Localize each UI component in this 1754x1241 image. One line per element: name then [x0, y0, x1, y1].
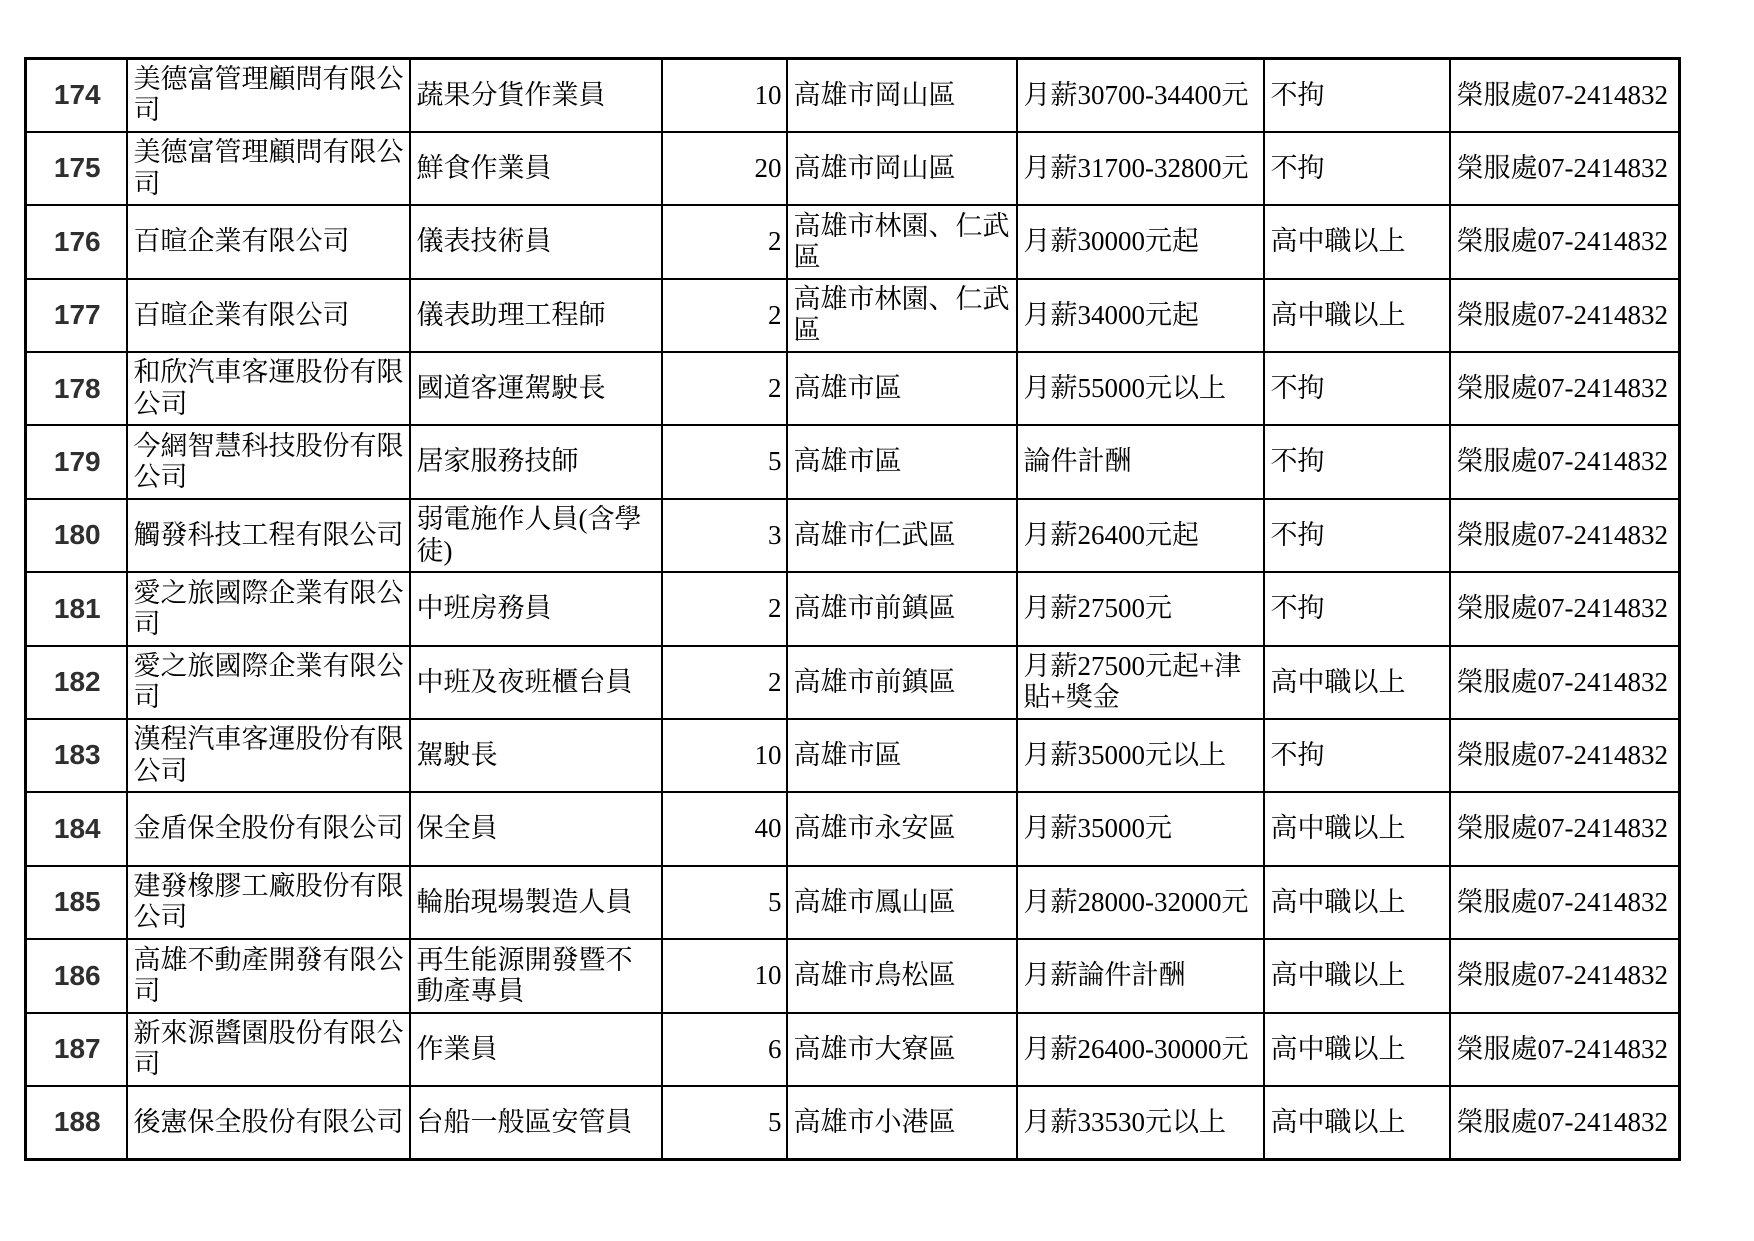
education-cell: 高中職以上: [1264, 1086, 1450, 1159]
salary-cell: 月薪論件計酬: [1017, 939, 1264, 1012]
salary-cell: 月薪26400-30000元: [1017, 1013, 1264, 1086]
company-cell: 觸發科技工程有限公司: [127, 499, 410, 572]
location-cell: 高雄市區: [787, 719, 1017, 792]
education-cell: 高中職以上: [1264, 279, 1450, 352]
contact-cell: 榮服處07-2414832: [1450, 792, 1680, 865]
row-number-cell: 174: [26, 59, 127, 132]
table-row: 181 愛之旅國際企業有限公司 中班房務員 2 高雄市前鎮區 月薪27500元 …: [26, 572, 1680, 645]
row-number-cell: 178: [26, 352, 127, 425]
company-cell: 百暄企業有限公司: [127, 205, 410, 278]
education-cell: 不拘: [1264, 352, 1450, 425]
education-cell: 高中職以上: [1264, 646, 1450, 719]
row-number-cell: 179: [26, 425, 127, 498]
openings-cell: 20: [662, 132, 787, 205]
openings-cell: 10: [662, 59, 787, 132]
company-cell: 金盾保全股份有限公司: [127, 792, 410, 865]
openings-cell: 10: [662, 719, 787, 792]
salary-cell: 月薪27500元: [1017, 572, 1264, 645]
contact-cell: 榮服處07-2414832: [1450, 279, 1680, 352]
salary-cell: 月薪31700-32800元: [1017, 132, 1264, 205]
location-cell: 高雄市岡山區: [787, 132, 1017, 205]
table-row: 180 觸發科技工程有限公司 弱電施作人員(含學徒) 3 高雄市仁武區 月薪26…: [26, 499, 1680, 572]
document-page: 174 美德富管理顧問有限公司 蔬果分貨作業員 10 高雄市岡山區 月薪3070…: [0, 0, 1754, 1241]
location-cell: 高雄市前鎮區: [787, 572, 1017, 645]
education-cell: 高中職以上: [1264, 1013, 1450, 1086]
job-title-cell: 台船一般區安管員: [410, 1086, 662, 1159]
salary-cell: 月薪30000元起: [1017, 205, 1264, 278]
table-row: 178 和欣汽車客運股份有限公司 國道客運駕駛長 2 高雄市區 月薪55000元…: [26, 352, 1680, 425]
location-cell: 高雄市林園、仁武區: [787, 279, 1017, 352]
job-title-cell: 中班房務員: [410, 572, 662, 645]
location-cell: 高雄市林園、仁武區: [787, 205, 1017, 278]
row-number-cell: 181: [26, 572, 127, 645]
company-cell: 建發橡膠工廠股份有限公司: [127, 866, 410, 939]
company-cell: 美德富管理顧問有限公司: [127, 59, 410, 132]
education-cell: 高中職以上: [1264, 792, 1450, 865]
job-title-cell: 作業員: [410, 1013, 662, 1086]
education-cell: 不拘: [1264, 499, 1450, 572]
job-title-cell: 保全員: [410, 792, 662, 865]
company-cell: 愛之旅國際企業有限公司: [127, 572, 410, 645]
location-cell: 高雄市岡山區: [787, 59, 1017, 132]
row-number-cell: 176: [26, 205, 127, 278]
job-title-cell: 輪胎現場製造人員: [410, 866, 662, 939]
education-cell: 不拘: [1264, 719, 1450, 792]
location-cell: 高雄市大寮區: [787, 1013, 1017, 1086]
job-title-cell: 儀表技術員: [410, 205, 662, 278]
salary-cell: 月薪35000元以上: [1017, 719, 1264, 792]
salary-cell: 月薪27500元起+津貼+獎金: [1017, 646, 1264, 719]
job-title-cell: 蔬果分貨作業員: [410, 59, 662, 132]
table-row: 184 金盾保全股份有限公司 保全員 40 高雄市永安區 月薪35000元 高中…: [26, 792, 1680, 865]
openings-cell: 2: [662, 352, 787, 425]
openings-cell: 6: [662, 1013, 787, 1086]
openings-cell: 5: [662, 866, 787, 939]
row-number-cell: 175: [26, 132, 127, 205]
contact-cell: 榮服處07-2414832: [1450, 499, 1680, 572]
job-title-cell: 弱電施作人員(含學徒): [410, 499, 662, 572]
contact-cell: 榮服處07-2414832: [1450, 646, 1680, 719]
salary-cell: 月薪55000元以上: [1017, 352, 1264, 425]
location-cell: 高雄市前鎮區: [787, 646, 1017, 719]
company-cell: 漢程汽車客運股份有限公司: [127, 719, 410, 792]
openings-cell: 2: [662, 572, 787, 645]
salary-cell: 月薪35000元: [1017, 792, 1264, 865]
openings-cell: 2: [662, 279, 787, 352]
job-title-cell: 儀表助理工程師: [410, 279, 662, 352]
education-cell: 不拘: [1264, 59, 1450, 132]
location-cell: 高雄市區: [787, 425, 1017, 498]
openings-cell: 10: [662, 939, 787, 1012]
openings-cell: 5: [662, 1086, 787, 1159]
job-title-cell: 中班及夜班櫃台員: [410, 646, 662, 719]
education-cell: 不拘: [1264, 132, 1450, 205]
table-row: 183 漢程汽車客運股份有限公司 駕駛長 10 高雄市區 月薪35000元以上 …: [26, 719, 1680, 792]
job-listing-table: 174 美德富管理顧問有限公司 蔬果分貨作業員 10 高雄市岡山區 月薪3070…: [24, 57, 1681, 1161]
openings-cell: 2: [662, 646, 787, 719]
company-cell: 今網智慧科技股份有限公司: [127, 425, 410, 498]
row-number-cell: 187: [26, 1013, 127, 1086]
company-cell: 和欣汽車客運股份有限公司: [127, 352, 410, 425]
salary-cell: 月薪26400元起: [1017, 499, 1264, 572]
job-title-cell: 國道客運駕駛長: [410, 352, 662, 425]
location-cell: 高雄市仁武區: [787, 499, 1017, 572]
salary-cell: 月薪34000元起: [1017, 279, 1264, 352]
table-row: 175 美德富管理顧問有限公司 鮮食作業員 20 高雄市岡山區 月薪31700-…: [26, 132, 1680, 205]
table-row: 176 百暄企業有限公司 儀表技術員 2 高雄市林園、仁武區 月薪30000元起…: [26, 205, 1680, 278]
contact-cell: 榮服處07-2414832: [1450, 132, 1680, 205]
openings-cell: 5: [662, 425, 787, 498]
table-row: 188 後憲保全股份有限公司 台船一般區安管員 5 高雄市小港區 月薪33530…: [26, 1086, 1680, 1159]
location-cell: 高雄市鳥松區: [787, 939, 1017, 1012]
table-row: 174 美德富管理顧問有限公司 蔬果分貨作業員 10 高雄市岡山區 月薪3070…: [26, 59, 1680, 132]
row-number-cell: 185: [26, 866, 127, 939]
row-number-cell: 183: [26, 719, 127, 792]
job-title-cell: 居家服務技師: [410, 425, 662, 498]
contact-cell: 榮服處07-2414832: [1450, 59, 1680, 132]
contact-cell: 榮服處07-2414832: [1450, 719, 1680, 792]
location-cell: 高雄市鳳山區: [787, 866, 1017, 939]
contact-cell: 榮服處07-2414832: [1450, 939, 1680, 1012]
table-row: 182 愛之旅國際企業有限公司 中班及夜班櫃台員 2 高雄市前鎮區 月薪2750…: [26, 646, 1680, 719]
location-cell: 高雄市小港區: [787, 1086, 1017, 1159]
row-number-cell: 186: [26, 939, 127, 1012]
education-cell: 高中職以上: [1264, 866, 1450, 939]
company-cell: 愛之旅國際企業有限公司: [127, 646, 410, 719]
contact-cell: 榮服處07-2414832: [1450, 205, 1680, 278]
salary-cell: 月薪30700-34400元: [1017, 59, 1264, 132]
contact-cell: 榮服處07-2414832: [1450, 1013, 1680, 1086]
table-row: 185 建發橡膠工廠股份有限公司 輪胎現場製造人員 5 高雄市鳳山區 月薪280…: [26, 866, 1680, 939]
job-title-cell: 駕駛長: [410, 719, 662, 792]
salary-cell: 論件計酬: [1017, 425, 1264, 498]
company-cell: 百暄企業有限公司: [127, 279, 410, 352]
table-row: 179 今網智慧科技股份有限公司 居家服務技師 5 高雄市區 論件計酬 不拘 榮…: [26, 425, 1680, 498]
salary-cell: 月薪33530元以上: [1017, 1086, 1264, 1159]
row-number-cell: 180: [26, 499, 127, 572]
contact-cell: 榮服處07-2414832: [1450, 352, 1680, 425]
location-cell: 高雄市永安區: [787, 792, 1017, 865]
contact-cell: 榮服處07-2414832: [1450, 425, 1680, 498]
job-title-cell: 鮮食作業員: [410, 132, 662, 205]
education-cell: 不拘: [1264, 425, 1450, 498]
contact-cell: 榮服處07-2414832: [1450, 1086, 1680, 1159]
education-cell: 高中職以上: [1264, 939, 1450, 1012]
openings-cell: 40: [662, 792, 787, 865]
job-table-body: 174 美德富管理顧問有限公司 蔬果分貨作業員 10 高雄市岡山區 月薪3070…: [26, 59, 1680, 1160]
company-cell: 美德富管理顧問有限公司: [127, 132, 410, 205]
row-number-cell: 188: [26, 1086, 127, 1159]
contact-cell: 榮服處07-2414832: [1450, 572, 1680, 645]
company-cell: 新來源醬園股份有限公司: [127, 1013, 410, 1086]
table-row: 187 新來源醬園股份有限公司 作業員 6 高雄市大寮區 月薪26400-300…: [26, 1013, 1680, 1086]
row-number-cell: 177: [26, 279, 127, 352]
salary-cell: 月薪28000-32000元: [1017, 866, 1264, 939]
education-cell: 不拘: [1264, 572, 1450, 645]
contact-cell: 榮服處07-2414832: [1450, 866, 1680, 939]
education-cell: 高中職以上: [1264, 205, 1450, 278]
openings-cell: 3: [662, 499, 787, 572]
row-number-cell: 182: [26, 646, 127, 719]
location-cell: 高雄市區: [787, 352, 1017, 425]
table-row: 177 百暄企業有限公司 儀表助理工程師 2 高雄市林園、仁武區 月薪34000…: [26, 279, 1680, 352]
company-cell: 後憲保全股份有限公司: [127, 1086, 410, 1159]
openings-cell: 2: [662, 205, 787, 278]
company-cell: 高雄不動產開發有限公司: [127, 939, 410, 1012]
job-title-cell: 再生能源開發暨不動產專員: [410, 939, 662, 1012]
row-number-cell: 184: [26, 792, 127, 865]
table-row: 186 高雄不動產開發有限公司 再生能源開發暨不動產專員 10 高雄市鳥松區 月…: [26, 939, 1680, 1012]
